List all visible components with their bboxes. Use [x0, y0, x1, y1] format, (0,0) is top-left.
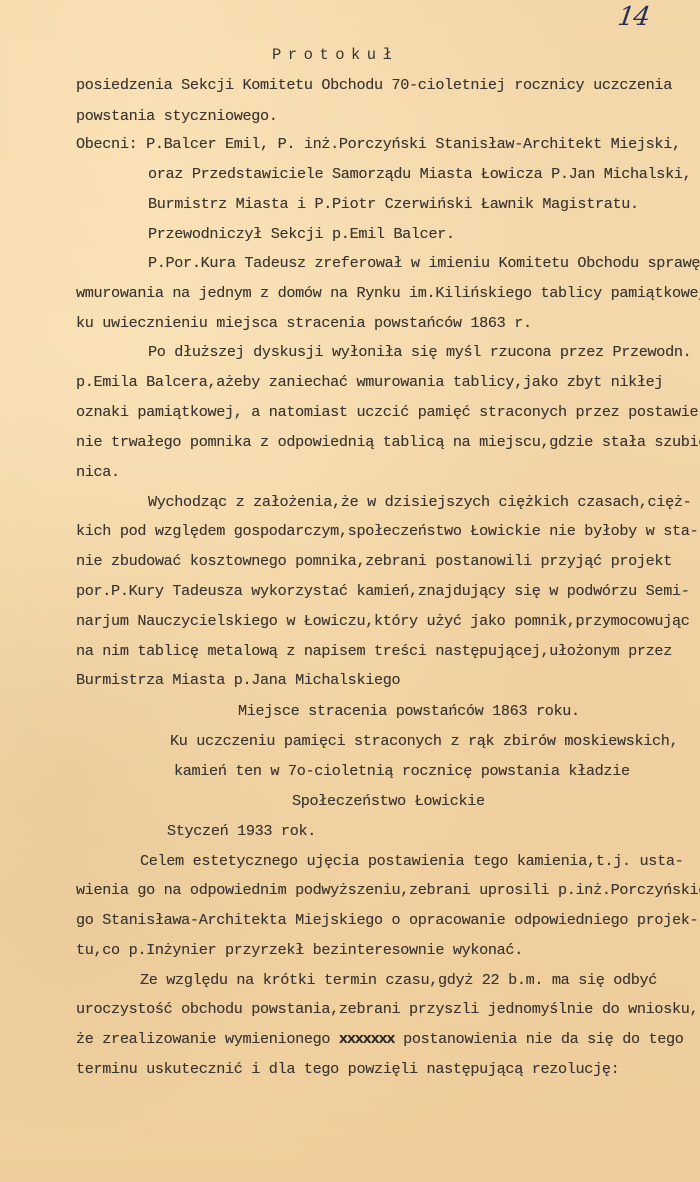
inscription-line: kamień ten w 7o-cioletnią rocznicę powst… — [174, 762, 630, 780]
attendees-line: Burmistrz Miasta i P.Piotr Czerwiński Ła… — [148, 195, 639, 213]
struck-out-text: xxxxxxx — [339, 1030, 394, 1048]
paragraph-line: wienia go na odpowiednim podwyższeniu,ze… — [76, 881, 700, 899]
paragraph-line: na nim tablicę metalową z napisem treści… — [76, 642, 672, 660]
paragraph-line: nie zbudować kosztownego pomnika,zebrani… — [76, 552, 672, 570]
intro-line: powstania styczniowego. — [76, 107, 278, 125]
paragraph-line: nica. — [76, 463, 120, 481]
paragraph-line: Burmistrza Miasta p.Jana Michalskiego — [76, 671, 400, 689]
folio-number: 14 — [616, 2, 651, 32]
paragraph-line: oznaki pamiątkowej, a natomiast uczcić p… — [76, 403, 698, 421]
inscription-line: Miejsce stracenia powstańców 1863 roku. — [238, 702, 580, 720]
paragraph-line: Ze względu na krótki termin czasu,gdyż 2… — [140, 971, 657, 989]
paragraph-line: tu,co p.Inżynier przyrzekł bezinteresown… — [76, 941, 523, 959]
document-page: 14 Protokuł posiedzenia Sekcji Komitetu … — [0, 0, 700, 1182]
inscription-line: Społeczeństwo Łowickie — [292, 792, 485, 810]
paragraph-line: nie trwałego pomnika z odpowiednią tabli… — [76, 433, 700, 451]
paragraph-line: ku uwiecznieniu miejsca stracenia powsta… — [76, 314, 532, 332]
paragraph-line: kich pod względem gospodarczym,społeczeń… — [76, 522, 698, 540]
paragraph-line: por.P.Kury Tadeusza wykorzystać kamień,z… — [76, 582, 689, 600]
paragraph-line: że zrealizowanie wymienionego xxxxxxx po… — [76, 1030, 684, 1048]
inscription-line: Ku uczczeniu pamięci straconych z rąk zb… — [170, 732, 678, 750]
paragraph-line: uroczystość obchodu powstania,zebrani pr… — [76, 1000, 698, 1018]
paragraph-line: terminu uskutecznić i dla tego powzięli … — [76, 1060, 619, 1078]
paragraph-line: p.Emila Balcera,ażeby zaniechać wmurowan… — [76, 373, 663, 391]
attendees-line: Obecni: P.Balcer Emil, P. inż.Porczyński… — [76, 135, 681, 153]
paragraph-line: Wychodząc z założenia,że w dzisiejszych … — [148, 493, 691, 511]
document-title: Protokuł — [272, 46, 398, 64]
paragraph-line: go Stanisława-Architekta Miejskiego o op… — [76, 911, 698, 929]
paragraph-line: Celem estetycznego ujęcia postawienia te… — [140, 852, 683, 870]
paragraph-line: wmurowania na jednym z domów na Rynku im… — [76, 284, 700, 302]
intro-line: posiedzenia Sekcji Komitetu Obchodu 70-c… — [76, 76, 672, 94]
attendees-line: oraz Przedstawiciele Samorządu Miasta Ło… — [148, 165, 691, 183]
paragraph-line: P.Por.Kura Tadeusz zreferował w imieniu … — [148, 254, 700, 272]
inscription-date: Styczeń 1933 rok. — [167, 822, 316, 840]
line-text: postanowienia nie da się do tego — [394, 1030, 683, 1048]
chairman-line: Przewodniczył Sekcji p.Emil Balcer. — [148, 225, 455, 243]
paragraph-line: narjum Nauczycielskiego w Łowiczu,który … — [76, 612, 689, 630]
paragraph-line: Po dłuższej dyskusji wyłoniła się myśl r… — [148, 343, 691, 361]
line-text: że zrealizowanie wymienionego — [76, 1030, 339, 1048]
